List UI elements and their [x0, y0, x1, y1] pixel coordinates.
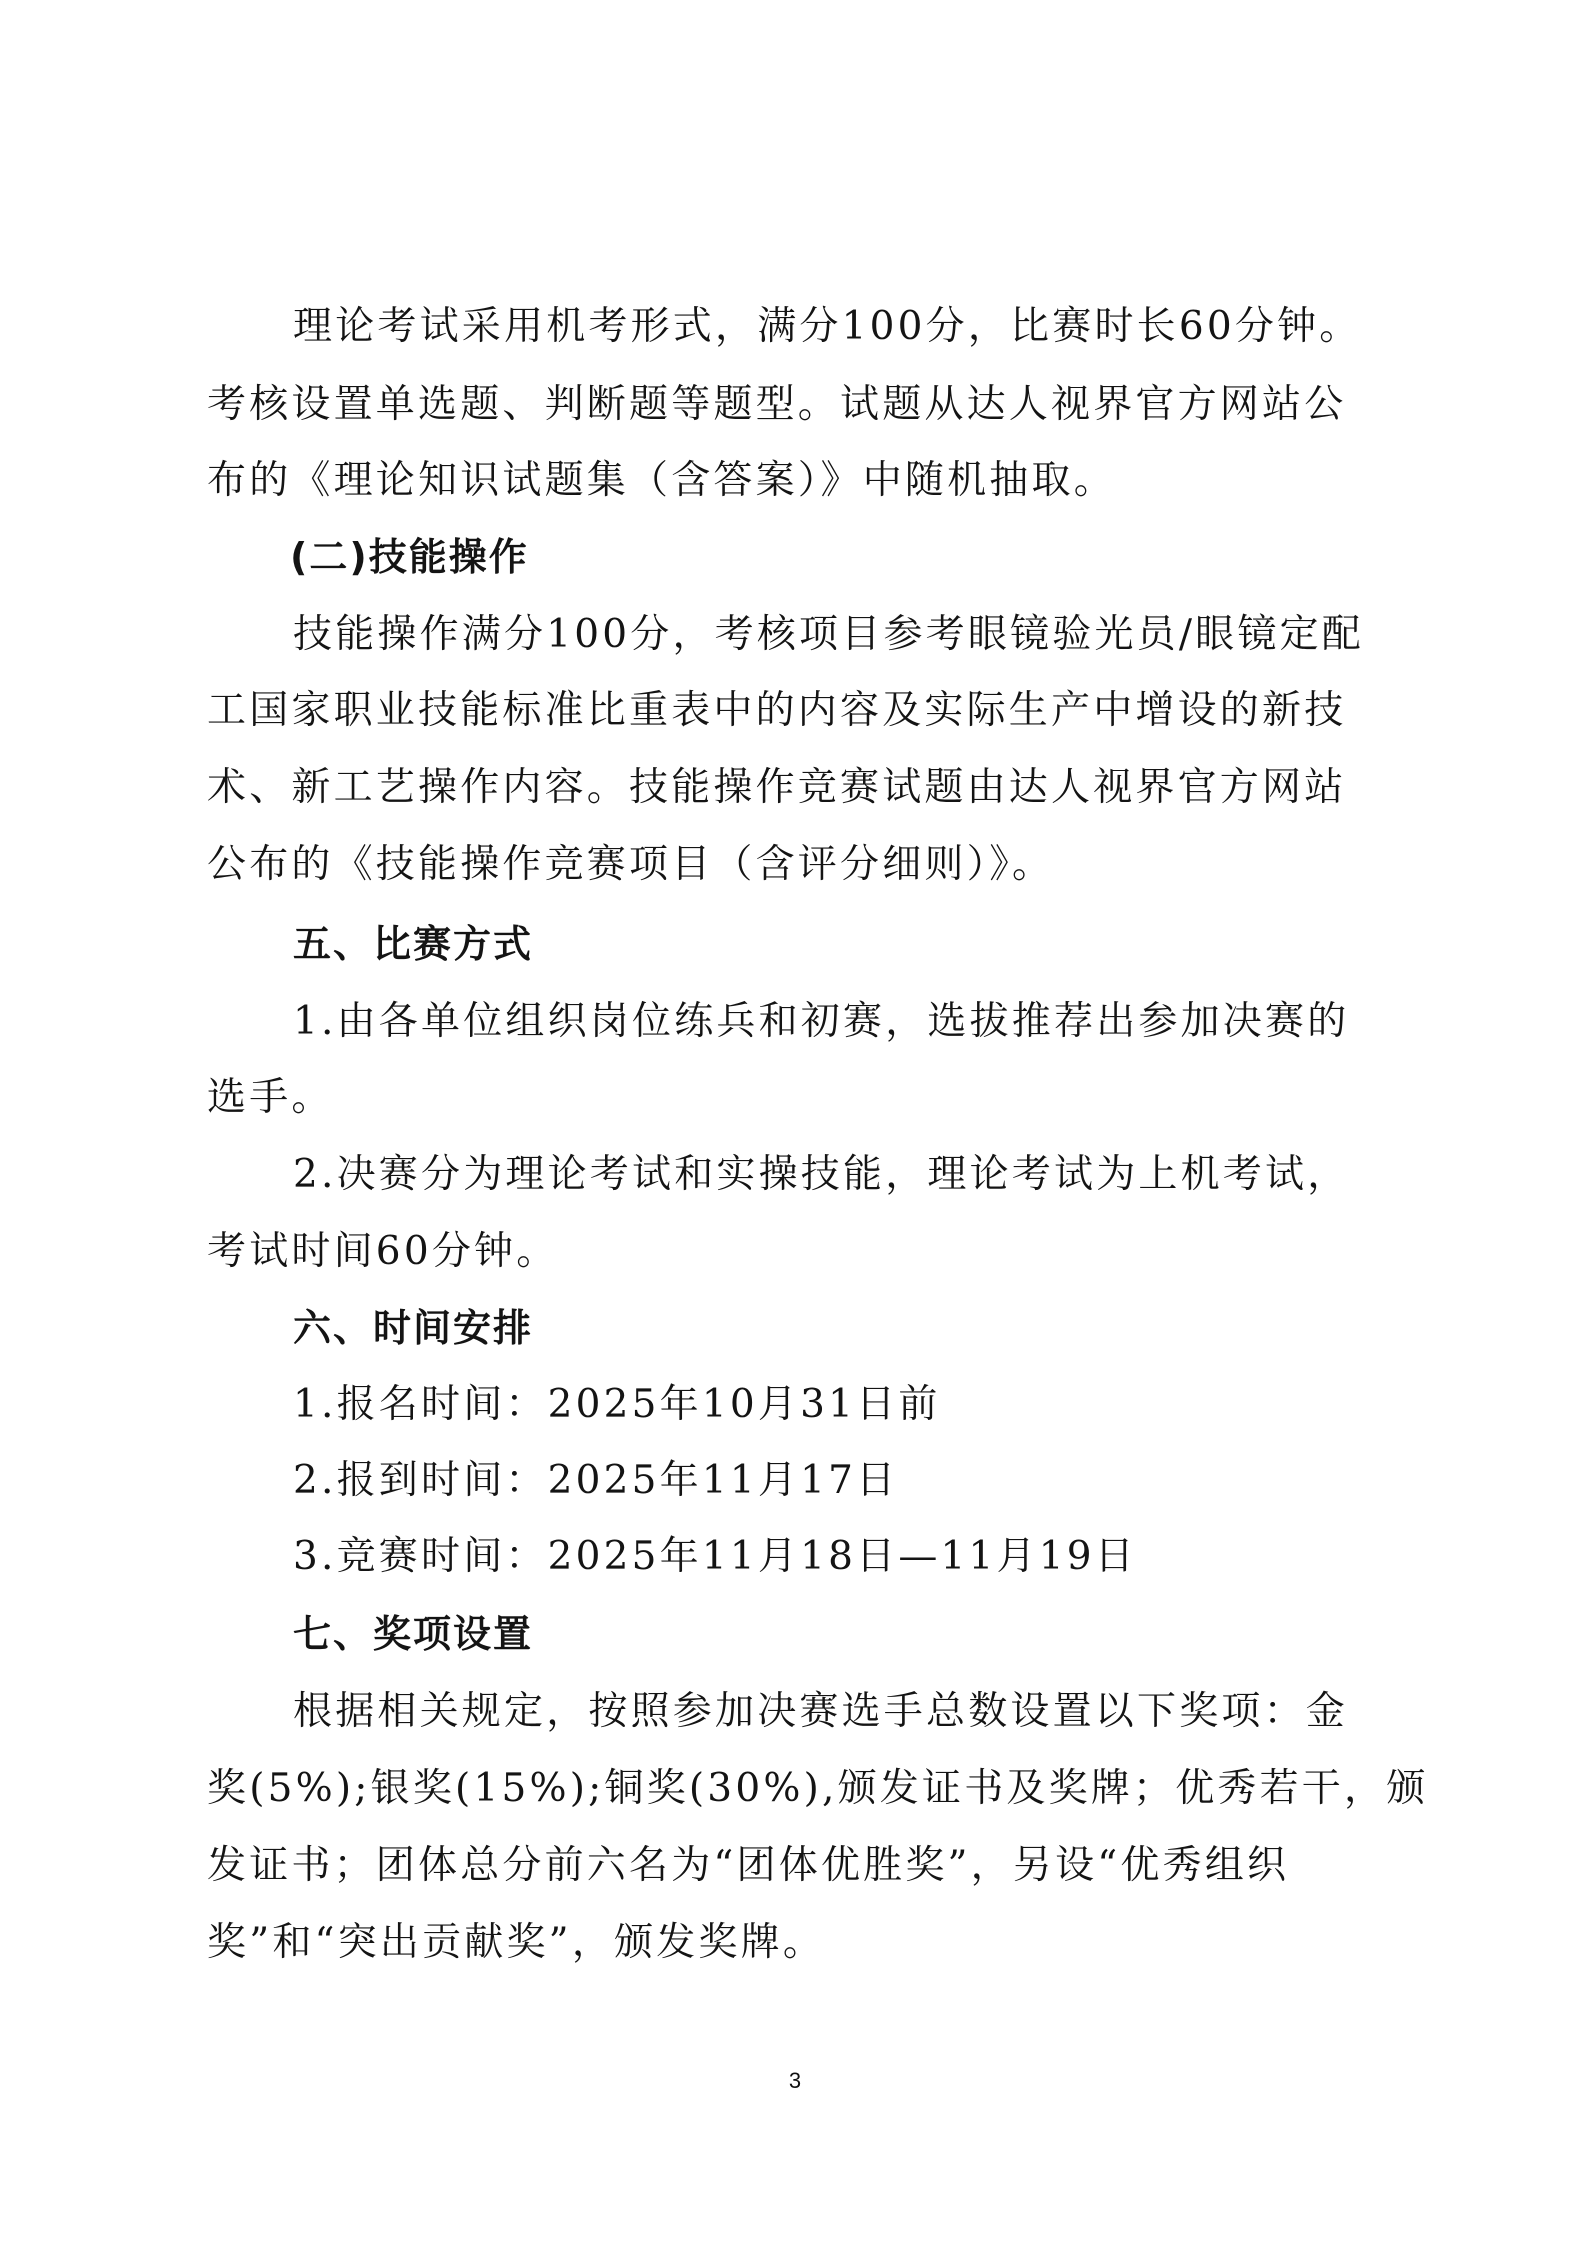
- schedule-check-in: 2.报到时间：2025年11月17日: [293, 1451, 1473, 1511]
- heading-schedule: 六、时间安排: [293, 1298, 1473, 1358]
- awards-line-4: 奖”和“突出贡献奖”，颁发奖牌。: [207, 1913, 1387, 1973]
- paragraph-skill-line-1: 技能操作满分100分，考核项目参考眼镜验光员/眼镜定配: [293, 605, 1473, 665]
- paragraph-theory-line-2: 考核设置单选题、判断题等题型。试题从达人视界官方网站公: [207, 375, 1387, 435]
- subheading-skill-operation: (二)技能操作: [290, 527, 1470, 587]
- paragraph-skill-line-4: 公布的《技能操作竞赛项目（含评分细则）》。: [207, 835, 1387, 895]
- format-item-2-line-2: 考试时间60分钟。: [207, 1222, 1387, 1282]
- format-item-1-line-2: 选手。: [207, 1068, 1387, 1128]
- page-number: 3: [780, 2068, 810, 2094]
- format-item-2-line-1: 2.决赛分为理论考试和实操技能，理论考试为上机考试，: [293, 1145, 1473, 1205]
- document-page: 理论考试采用机考形式，满分100分，比赛时长60分钟。 考核设置单选题、判断题等…: [0, 0, 1587, 2243]
- awards-line-2: 奖(5%);银奖(15%);铜奖(30%),颁发证书及奖牌；优秀若干，颁: [207, 1759, 1387, 1819]
- format-item-1-line-1: 1.由各单位组织岗位练兵和初赛，选拔推荐出参加决赛的: [293, 992, 1473, 1052]
- heading-awards: 七、奖项设置: [293, 1604, 1473, 1664]
- awards-line-3: 发证书；团体总分前六名为“团体优胜奖”，另设“优秀组织: [207, 1836, 1387, 1896]
- paragraph-theory-line-1: 理论考试采用机考形式，满分100分，比赛时长60分钟。: [293, 297, 1473, 357]
- schedule-competition: 3.竞赛时间：2025年11月18日—11月19日: [293, 1527, 1473, 1587]
- paragraph-skill-line-2: 工国家职业技能标准比重表中的内容及实际生产中增设的新技: [207, 681, 1387, 741]
- heading-competition-format: 五、比赛方式: [293, 914, 1473, 974]
- paragraph-theory-line-3: 布的《理论知识试题集（含答案）》中随机抽取。: [207, 451, 1387, 511]
- awards-line-1: 根据相关规定，按照参加决赛选手总数设置以下奖项：金: [293, 1682, 1473, 1742]
- paragraph-skill-line-3: 术、新工艺操作内容。技能操作竞赛试题由达人视界官方网站: [207, 758, 1387, 818]
- schedule-registration: 1.报名时间：2025年10月31日前: [293, 1375, 1473, 1435]
